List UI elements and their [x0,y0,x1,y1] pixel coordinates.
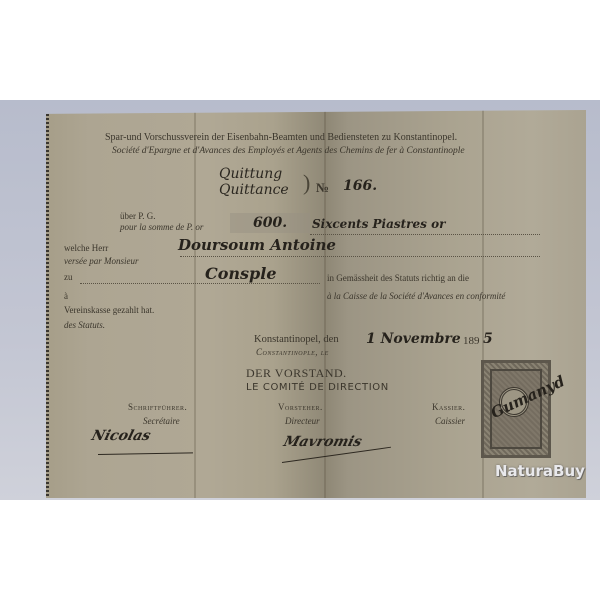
payer-line [180,256,540,257]
amount-in-words: Sixcents Piastres or [312,217,445,231]
role-cashier-french: Caissier [435,416,465,426]
title-brace: ) [303,170,310,196]
statute-text-german: in Gemässheit des Statuts richtig an die [327,273,469,283]
payer-label-french: versée par Monsieur [64,256,138,266]
signature-secretary: Nicolas [90,428,153,444]
sum-label-german: über P. G. [120,211,156,221]
year-handwritten: 5 [483,331,493,347]
statute-text-french: à la Caisse de la Société d'Avances en c… [327,291,505,301]
signature-director: Mavromis [282,434,364,450]
board-french: LE COMITÉ DE DIRECTION [246,382,389,393]
purpose-line [80,283,320,284]
vereinskasse-text: Vereinskasse gezahlt hat. [64,305,154,315]
place-french: Constantinople, le [256,347,329,357]
naturabuy-watermark: NaturaBuy [495,462,585,480]
purpose-value: Consple [205,264,277,283]
des-statuts-text: des Statuts. [64,320,105,330]
role-director-french: Directeur [285,416,320,426]
fold-line [194,110,196,498]
year-printed: 189 [463,335,480,347]
receipt-number: 166. [343,178,377,194]
sum-label-french: pour la somme de P. or [120,222,203,232]
a-label: à [64,291,68,301]
header-german: Spar-und Vorschussverein der Eisenbahn-B… [105,132,457,143]
amount-line [310,234,540,235]
header-french: Société d'Epargne et d'Avances des Emplo… [112,146,465,156]
date-value: 1 Novembre [366,331,461,347]
amount-value: 600. [253,215,287,231]
role-cashier-german: Kassier. [432,402,465,412]
payer-label-german: welche Herr [64,243,108,253]
payer-name: Doursoum Antoine [178,236,336,254]
title-french: Quittance [219,182,289,198]
number-label: № [316,180,329,196]
title-german: Quittung [219,166,282,182]
zu-label: zu [64,272,73,282]
board-german: DER VORSTAND. [246,366,347,381]
place-german: Konstantinopel, den [254,334,339,345]
role-director-german: Vorsteher. [278,402,323,412]
role-secretary-german: Schriftführer. [128,402,187,412]
role-secretary-french: Secrétaire [143,416,180,426]
